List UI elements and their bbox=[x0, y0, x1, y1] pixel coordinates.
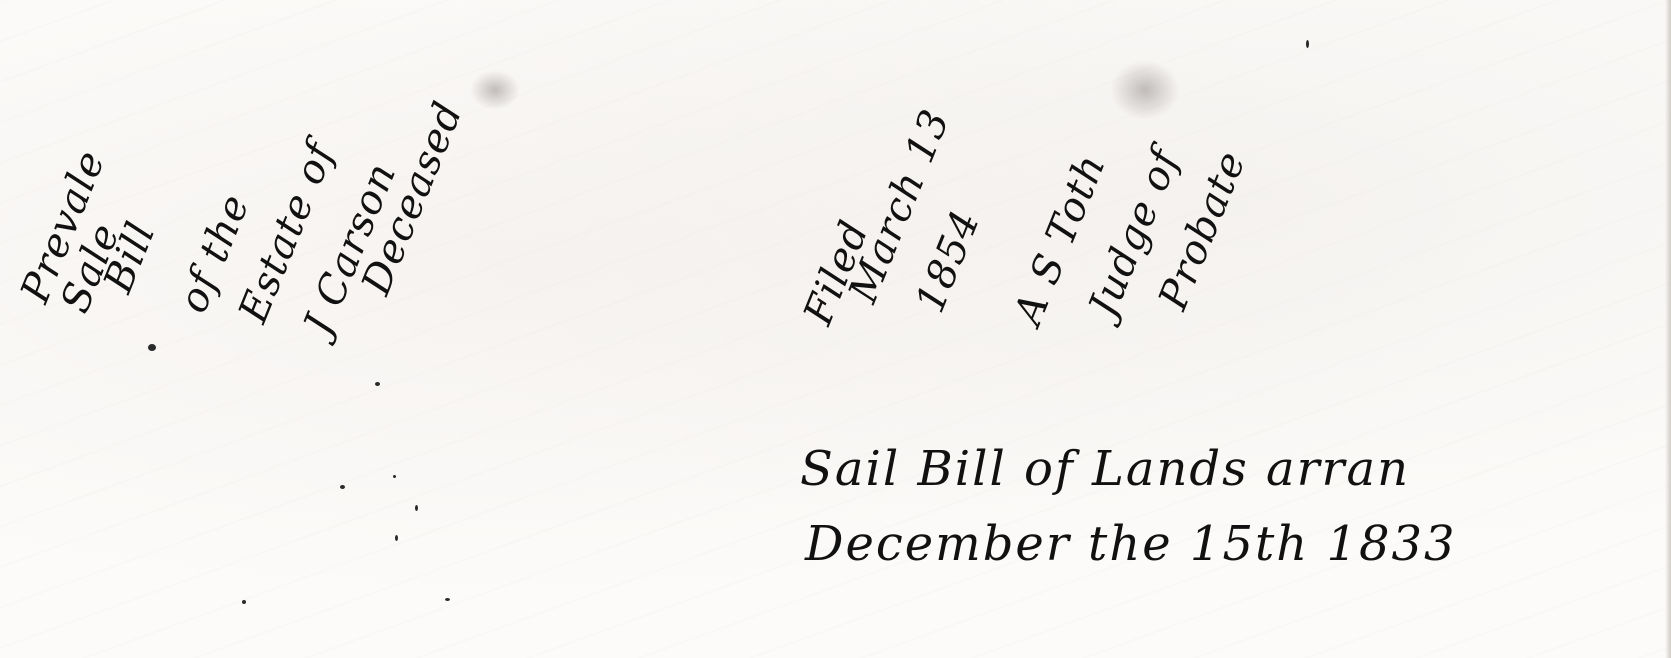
ink-speck bbox=[415, 505, 418, 511]
ink-speck bbox=[375, 382, 380, 386]
ink-speck bbox=[395, 535, 398, 541]
filing-date-year: 1854 bbox=[910, 205, 987, 318]
ink-speck bbox=[393, 475, 396, 478]
smudge bbox=[1110, 60, 1180, 120]
document-page: Prevale Sale Bill of the Estate of J Car… bbox=[0, 0, 1671, 658]
note-line-2: December the 15th 1833 bbox=[805, 520, 1457, 568]
ink-speck bbox=[148, 344, 156, 351]
page-edge bbox=[1665, 0, 1671, 658]
smudge bbox=[470, 70, 520, 110]
note-line-1: Sail Bill of Lands arran bbox=[800, 445, 1410, 493]
ink-speck bbox=[340, 485, 345, 489]
ink-speck bbox=[1306, 40, 1309, 48]
ink-speck bbox=[242, 600, 246, 604]
ink-speck bbox=[445, 598, 450, 601]
